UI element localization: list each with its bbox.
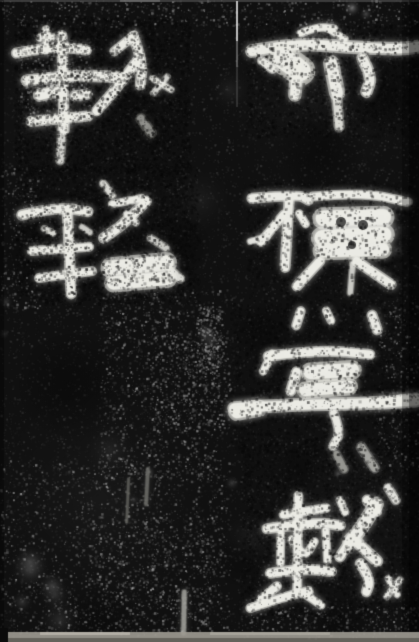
stele-rubbing-photo: 帝 禎 安 動 勒 銘 — [0, 0, 419, 642]
rubbing-canvas — [0, 0, 419, 642]
